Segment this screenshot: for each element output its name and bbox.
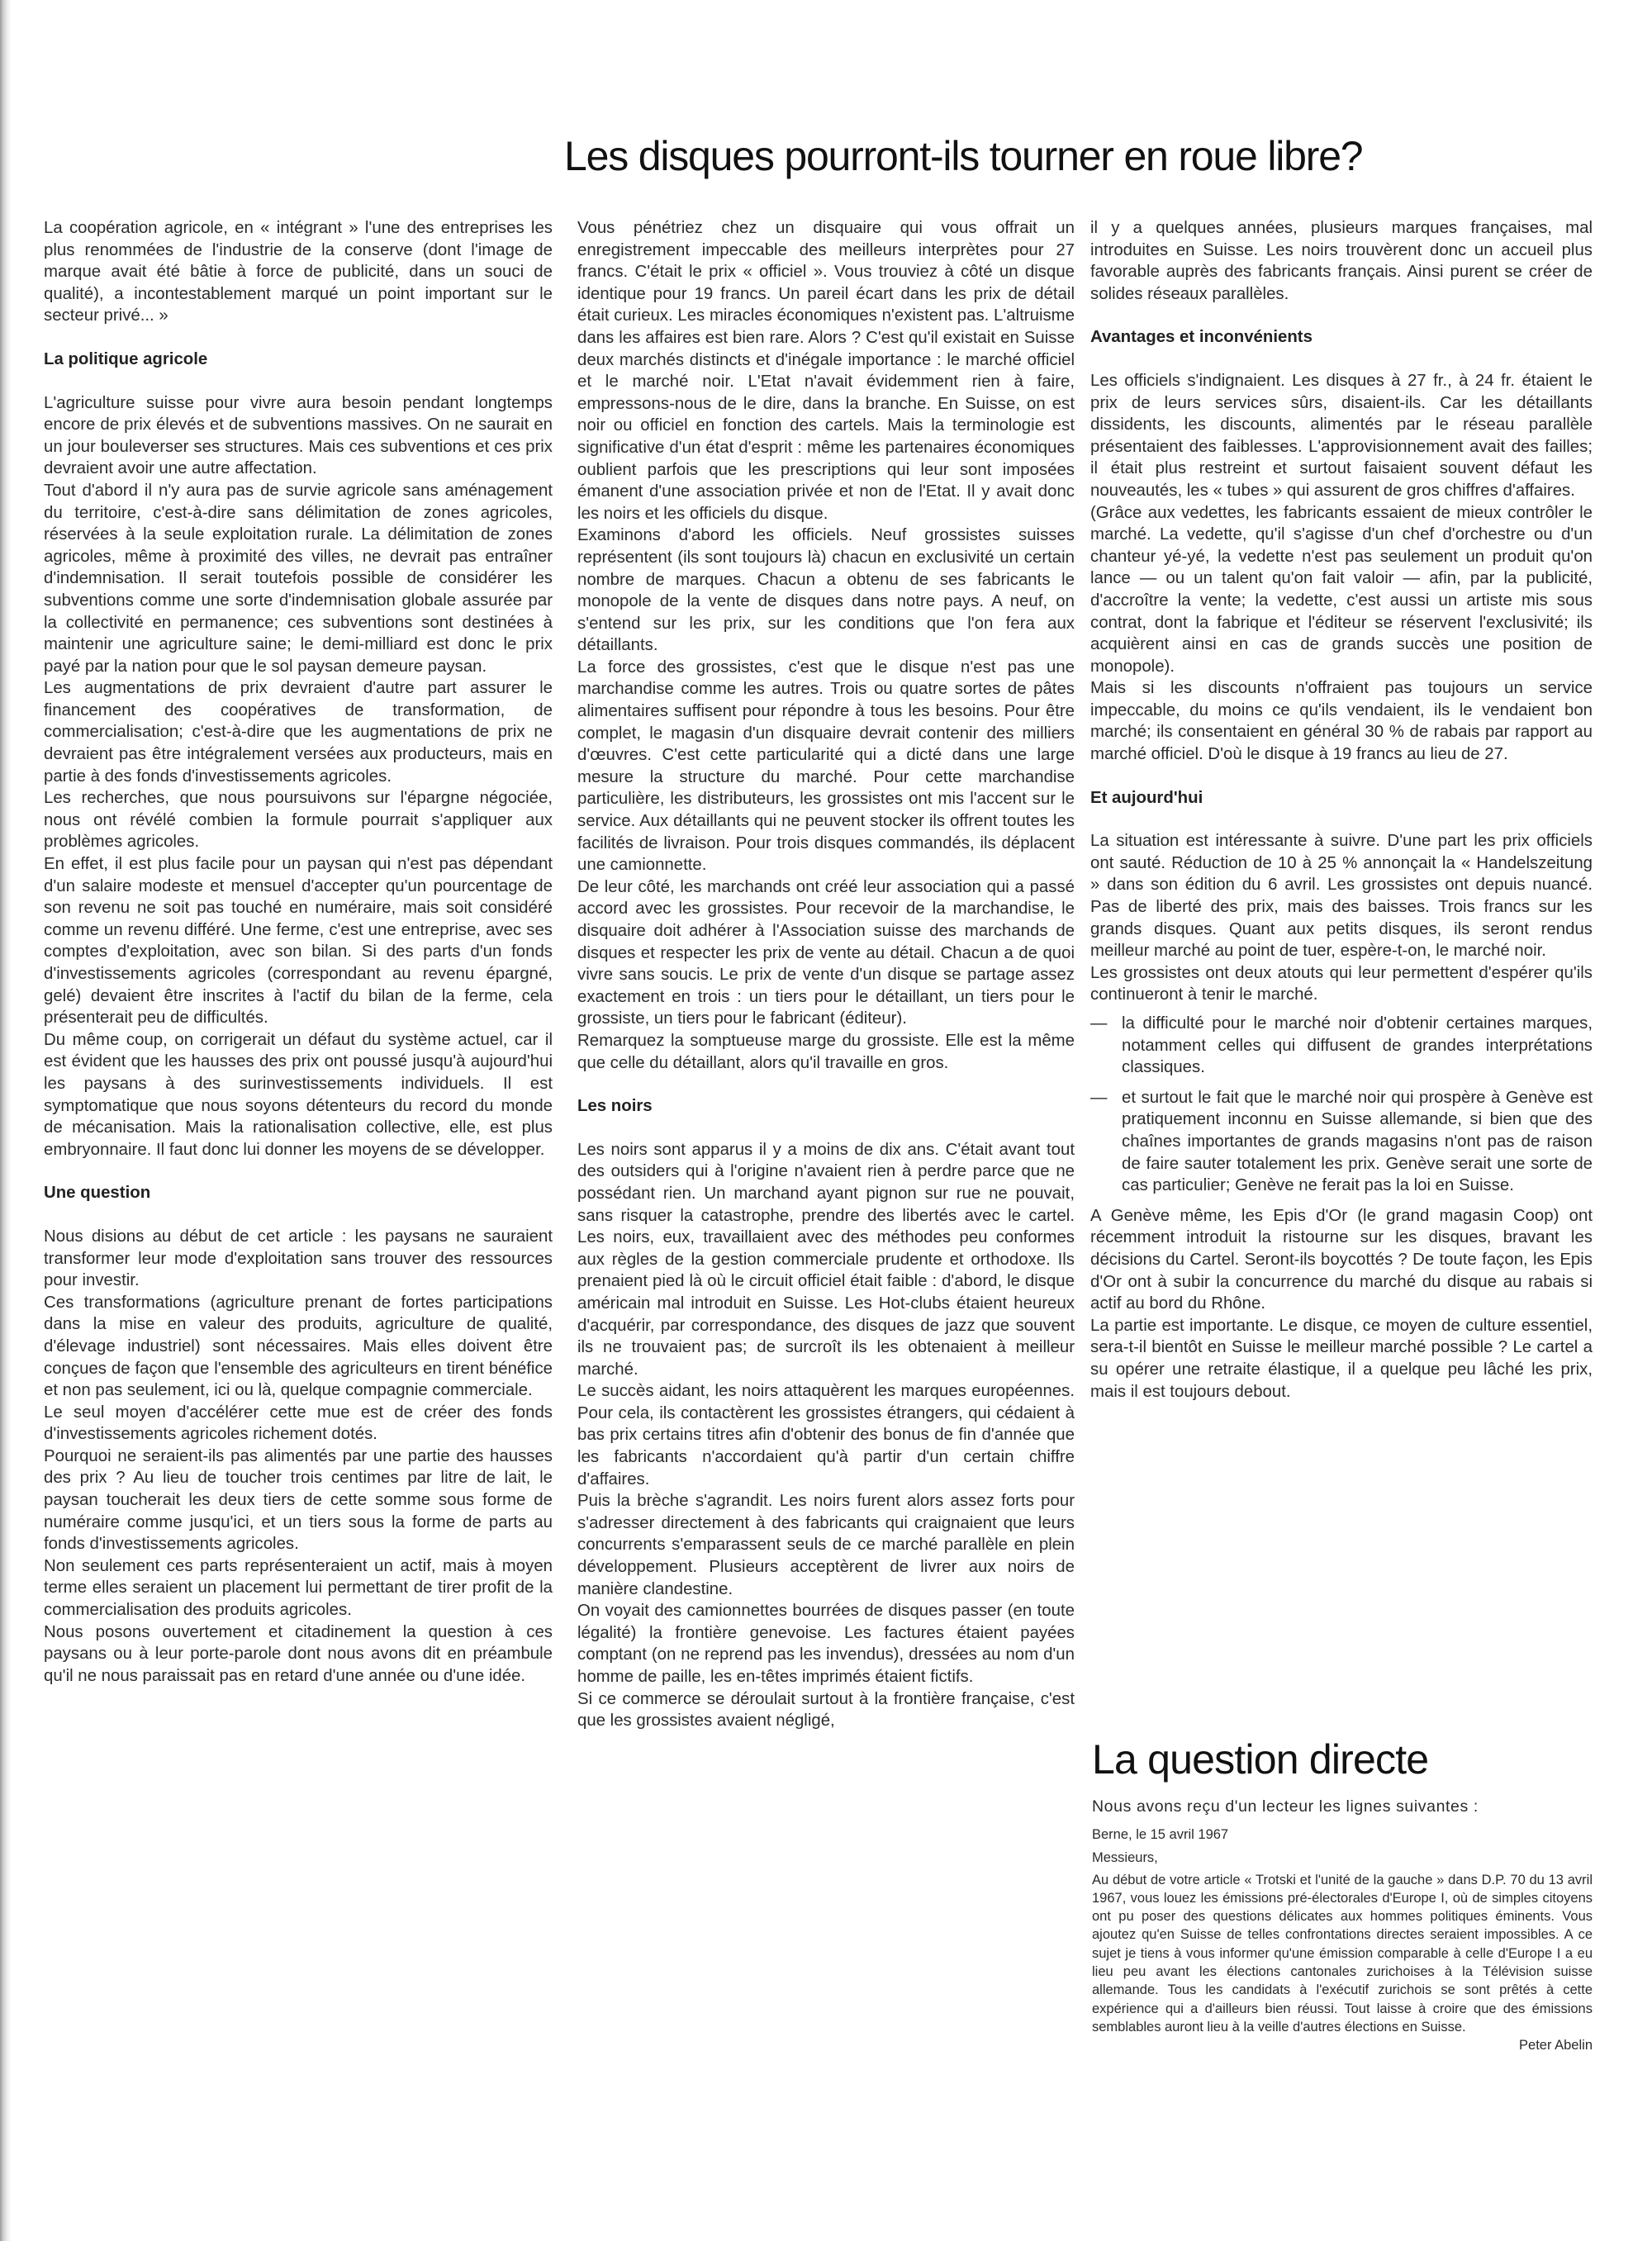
dash-list-item: la difficulté pour le marché noir d'obte… (1090, 1013, 1593, 1079)
paragraph: Nous disions au début de cet article : l… (44, 1226, 553, 1292)
section-heading-les-noirs: Les noirs (577, 1074, 1075, 1139)
paragraph: De leur côté, les marchands ont créé leu… (577, 876, 1075, 1030)
letter-body: Au début de votre article « Trotski et l… (1092, 1871, 1593, 2037)
page-edge-shadow (0, 0, 12, 2241)
section-heading-et-aujourdhui: Et aujourd'hui (1090, 766, 1593, 831)
paragraph: Les officiels s'indignaient. Les disques… (1090, 370, 1593, 502)
paragraph: Remarquez la somptueuse marge du grossis… (577, 1030, 1075, 1074)
section-heading-une-question: Une question (44, 1161, 553, 1226)
paragraph: il y a quelques années, plusieurs marque… (1090, 217, 1593, 305)
paragraph: Le seul moyen d'accélérer cette mue est … (44, 1402, 553, 1446)
paragraph: Les recherches, que nous poursuivons sur… (44, 787, 553, 853)
paragraph: Si ce commerce se déroulait surtout à la… (577, 1688, 1075, 1732)
article-column-3: il y a quelques années, plusieurs marque… (1090, 217, 1593, 1403)
paragraph: Le succès aidant, les noirs attaquèrent … (577, 1380, 1075, 1490)
paragraph: Examinons d'abord les officiels. Neuf gr… (577, 525, 1075, 657)
dash-list: la difficulté pour le marché noir d'obte… (1090, 1013, 1593, 1197)
paragraph: La situation est intéressante à suivre. … (1090, 830, 1593, 962)
paragraph: Pourquoi ne seraient-ils pas alimentés p… (44, 1446, 553, 1555)
paragraph: En effet, il est plus facile pour un pay… (44, 853, 553, 1029)
reader-letter-intro: Nous avons reçu d'un lecteur les lignes … (1092, 1796, 1593, 1817)
reader-letter-box: La question directe Nous avons reçu d'un… (1092, 1735, 1593, 2055)
paragraph: Puis la brèche s'agrandit. Les noirs fur… (577, 1490, 1075, 1600)
paragraph: L'agriculture suisse pour vivre aura bes… (44, 392, 553, 480)
letter-signature: Peter Abelin (1092, 2036, 1593, 2054)
paragraph: Ces transformations (agriculture prenant… (44, 1292, 553, 1402)
paragraph: Non seulement ces parts représenteraient… (44, 1555, 553, 1621)
reader-letter: Berne, le 15 avril 1967 Messieurs, Au dé… (1092, 1826, 1593, 2055)
dash-list-item: et surtout le fait que le marché noir qu… (1090, 1087, 1593, 1197)
section-heading-avantages: Avantages et inconvénients (1090, 305, 1593, 370)
paragraph: La partie est importante. Le disque, ce … (1090, 1315, 1593, 1403)
paragraph: On voyait des camionnettes bourrées de d… (577, 1600, 1075, 1688)
paragraph: A Genève même, les Epis d'Or (le grand m… (1090, 1205, 1593, 1315)
paragraph: Du même coup, on corrigerait un défaut d… (44, 1029, 553, 1161)
section-heading-politique-agricole: La politique agricole (44, 327, 553, 392)
paragraph: Les noirs sont apparus il y a moins de d… (577, 1139, 1075, 1381)
paragraph: Vous pénétriez chez un disquaire qui vou… (577, 217, 1075, 525)
letter-salutation: Messieurs, (1092, 1849, 1593, 1867)
paragraph: La coopération agricole, en « intégrant … (44, 217, 553, 327)
paragraph: La force des grossistes, c'est que le di… (577, 657, 1075, 876)
article-column-1: La coopération agricole, en « intégrant … (44, 217, 553, 1687)
paragraph: Les augmentations de prix devraient d'au… (44, 677, 553, 787)
reader-letter-title: La question directe (1092, 1735, 1593, 1784)
article-column-2: Vous pénétriez chez un disquaire qui vou… (577, 217, 1075, 1732)
paragraph: Les grossistes ont deux atouts qui leur … (1090, 962, 1593, 1006)
paragraph: (Grâce aux vedettes, les fabricants essa… (1090, 502, 1593, 678)
article-title: Les disques pourront-ils tourner en roue… (564, 132, 1362, 180)
paragraph: Tout d'abord il n'y aura pas de survie a… (44, 480, 553, 677)
paragraph: Mais si les discounts n'offraient pas to… (1090, 677, 1593, 765)
letter-date: Berne, le 15 avril 1967 (1092, 1826, 1593, 1844)
paragraph: Nous posons ouvertement et citadinement … (44, 1621, 553, 1688)
